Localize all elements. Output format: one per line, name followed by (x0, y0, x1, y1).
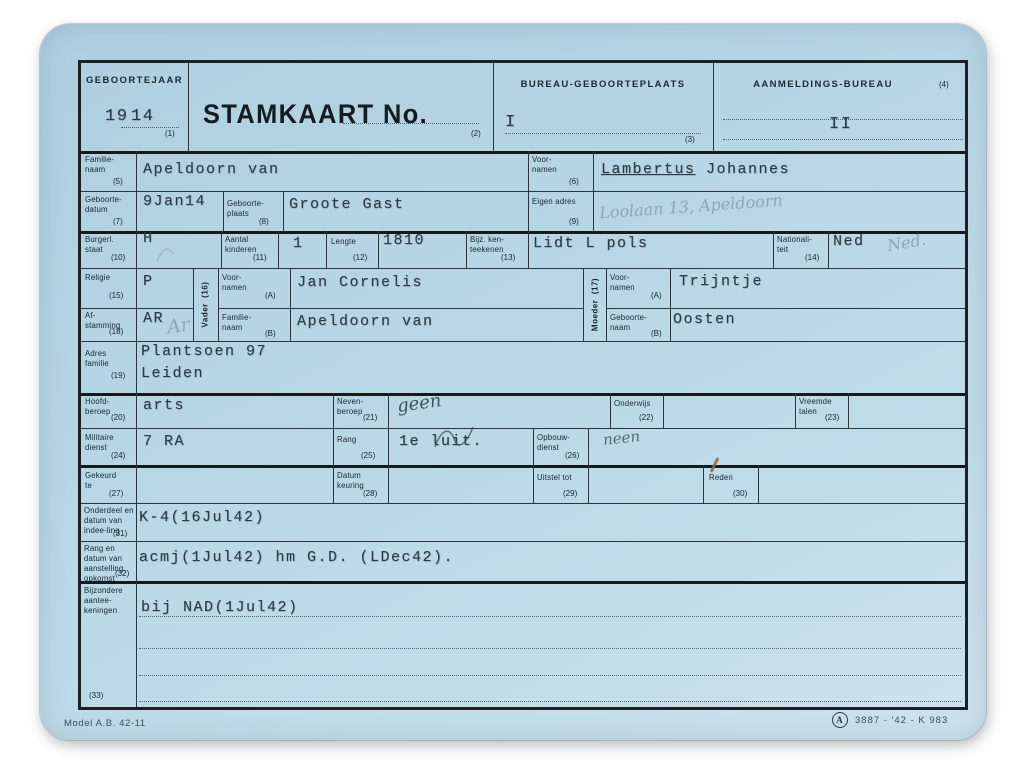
divider (588, 428, 589, 465)
divider (593, 151, 594, 231)
field-number: (27) (109, 489, 123, 498)
field-number: (14) (805, 253, 819, 262)
adres-familie-label: Adres familie (85, 349, 129, 369)
field-number: (23) (825, 413, 839, 422)
divider (221, 231, 222, 268)
moeder-voornamen-value: Trijntje (679, 273, 763, 290)
militaire-dienst-value: 7 RA (143, 433, 185, 450)
pencil-mark (153, 241, 183, 265)
eigen-adres-label: Eigen adres (532, 197, 576, 207)
divider (278, 231, 279, 268)
divider (136, 151, 137, 707)
divider (583, 268, 584, 341)
bureau-geboorteplaats-value: I (505, 113, 517, 132)
voornamen-underlined: Lambertus (601, 161, 696, 178)
field-number: (28) (363, 489, 377, 498)
field-number: (3) (685, 135, 695, 144)
dotted-line (139, 616, 961, 617)
field-number: (22) (639, 413, 653, 422)
field-number: (B) (651, 329, 662, 338)
divider (81, 428, 965, 429)
field-number: (24) (111, 451, 125, 460)
divider (388, 428, 389, 465)
divider (378, 231, 379, 268)
divider (588, 465, 589, 503)
page-title: STAMKAART No. (203, 99, 428, 130)
field-number: (B) (265, 329, 276, 338)
bijzondere-aanteekeningen-label: Bijzondere aantee-keningen (84, 586, 134, 616)
aanmeldings-bureau-label: AANMELDINGS-BUREAU (721, 79, 925, 90)
divider (828, 231, 829, 268)
divider (703, 465, 704, 503)
vader-voornamen-value: Jan Cornelis (297, 274, 423, 291)
rang-aanstelling-label: Rang en datum van aanstelling opkomst (84, 544, 134, 585)
field-number: (4) (939, 80, 949, 89)
geboorteplaats-value: Groote Gast (289, 196, 405, 213)
aantal-kinderen-value: 1 (293, 235, 304, 252)
stamkaart-table: GEBOORTEJAAR 19 14 (1) STAMKAART No. (2)… (78, 60, 968, 710)
divider (81, 151, 965, 154)
rang-aanstelling-value: acmj(1Jul42) hm G.D. (LDec42). (139, 549, 454, 566)
field-number: (16) (201, 282, 210, 298)
field-number: (13) (501, 253, 515, 262)
lengte-label: Lengte (331, 237, 371, 247)
divider (81, 341, 965, 342)
divider (533, 428, 534, 465)
vader-voornamen-label: Voor-namen (222, 273, 266, 293)
divider (528, 151, 529, 231)
vader-familienaam-value: Apeldoorn van (297, 313, 434, 330)
moeder-label-text: Moeder (591, 300, 600, 331)
divider (773, 231, 774, 268)
geboorteplaats-label: Geboorte-plaats (227, 199, 279, 219)
adres-familie-line2: Leiden (141, 365, 204, 382)
field-number: (15) (109, 291, 123, 300)
dotted-line (139, 648, 961, 649)
pen-stroke (433, 423, 477, 451)
field-number: (1) (165, 129, 175, 138)
afstamming-value: AR (143, 310, 164, 327)
field-number: (21) (363, 413, 377, 422)
religie-label: Religie (85, 273, 125, 283)
geboortejaar-value: 14 (131, 107, 154, 126)
geboortejaar-printed: 19 (105, 107, 128, 126)
field-number: (2) (471, 129, 481, 138)
stamkaart-card: GEBOORTEJAAR 19 14 (1) STAMKAART No. (2)… (40, 24, 986, 740)
familienaam-value: Apeldoorn van (143, 161, 280, 178)
divider (606, 308, 965, 309)
divider (81, 541, 965, 542)
divider (610, 393, 611, 428)
divider (81, 465, 965, 468)
field-number: (A) (265, 291, 276, 300)
field-number: (33) (89, 691, 103, 700)
divider (81, 268, 965, 269)
geboortedatum-label: Geboorte-datum (85, 195, 131, 215)
divider (466, 231, 467, 268)
divider (528, 231, 529, 268)
bijzondere-aanteekeningen-value: bij NAD(1Jul42) (141, 599, 299, 616)
field-number: (29) (563, 489, 577, 498)
field-number: (12) (353, 253, 367, 262)
divider (713, 63, 714, 151)
divider (663, 393, 664, 428)
dotted-line (139, 675, 961, 676)
field-number: (32) (115, 569, 129, 578)
reden-label: Reden (709, 473, 749, 483)
divider (606, 268, 607, 341)
geboortedatum-value: 9Jan14 (143, 193, 206, 210)
uitstel-tot-label: Uitstel tot (537, 473, 585, 483)
divider (81, 393, 965, 396)
divider (388, 465, 389, 503)
field-number: (17) (591, 278, 600, 294)
divider (333, 428, 334, 465)
divider (493, 63, 494, 151)
divider (193, 268, 194, 341)
divider (333, 393, 334, 428)
field-number: (9) (569, 217, 579, 226)
divider (223, 191, 224, 231)
divider (670, 268, 671, 341)
field-number: (31) (113, 529, 127, 538)
bureau-geboorteplaats-label: BUREAU-GEBOORTEPLAATS (493, 79, 713, 90)
field-number: (18) (109, 327, 123, 336)
aanmeldings-bureau-value: II (829, 115, 852, 134)
dotted-line (139, 701, 961, 702)
dotted-line (505, 133, 701, 134)
divider (283, 191, 284, 231)
voornamen-label: Voor-namen (532, 155, 576, 175)
vader-familienaam-label: Familie-naam (222, 313, 266, 333)
onderwijs-label: Onderwijs (614, 399, 660, 409)
field-number: (26) (565, 451, 579, 460)
divider (81, 308, 193, 309)
field-number: (7) (113, 217, 123, 226)
divider (795, 393, 796, 428)
voornamen-value: Lambertus Johannes (601, 161, 790, 178)
divider (218, 308, 583, 309)
field-number: (A) (651, 291, 662, 300)
field-number: (6) (569, 177, 579, 186)
print-code-block: A 3887 - '42 - K 983 (832, 712, 948, 728)
rang-label: Rang (337, 435, 373, 445)
field-number: (30) (733, 489, 747, 498)
field-number: (8) (259, 217, 269, 226)
nationaliteit-value: Ned (833, 233, 865, 250)
print-code: 3887 - '42 - K 983 (855, 715, 948, 726)
divider (81, 503, 965, 504)
onderdeel-indeeling-value: K-4(16Jul42) (139, 509, 265, 526)
divider (333, 465, 334, 503)
field-number: (5) (113, 177, 123, 186)
dotted-line (723, 139, 963, 140)
divider (758, 465, 759, 503)
dotted-line (343, 123, 479, 124)
religie-value: P (143, 273, 154, 290)
moeder-voornamen-label: Voor-namen (610, 273, 654, 293)
divider (218, 268, 219, 341)
afstamming-handwritten: Ar (166, 314, 192, 339)
burgerlijke-staat-value: H (143, 230, 154, 247)
field-number: (25) (361, 451, 375, 460)
model-number: Model A.B. 42-11 (64, 718, 146, 729)
moeder-label: Moeder (17) (591, 275, 600, 335)
field-number: (10) (111, 253, 125, 262)
hoofdberoep-value: arts (143, 397, 185, 414)
field-number: (11) (253, 253, 267, 262)
printer-logo-icon: A (832, 712, 848, 728)
dotted-line (121, 127, 179, 128)
divider (188, 63, 189, 151)
adres-familie-line1: Plantsoen 97 (141, 343, 267, 360)
voornamen-rest: Johannes (696, 161, 791, 178)
field-number: (19) (111, 371, 125, 380)
vader-label-text: Vader (201, 303, 210, 327)
familienaam-label: Familie-naam (85, 155, 131, 175)
divider (326, 231, 327, 268)
divider (533, 465, 534, 503)
vader-label: Vader (16) (201, 275, 210, 335)
opbouwdienst-handwritten: neen (602, 427, 641, 449)
lengte-value: 1810 (383, 232, 425, 249)
divider (388, 393, 389, 428)
moeder-geboortenaam-value: Oosten (673, 311, 736, 328)
field-number: (20) (111, 413, 125, 422)
divider (848, 393, 849, 428)
divider (81, 581, 965, 584)
bijz-kenteekenen-value: Lidt L pols (533, 235, 649, 252)
geboortejaar-label: GEBOORTEJAAR (83, 75, 186, 86)
eigen-adres-handwritten: Loolaan 13, Apeldoorn (599, 191, 784, 223)
divider (81, 191, 965, 192)
divider (290, 268, 291, 341)
